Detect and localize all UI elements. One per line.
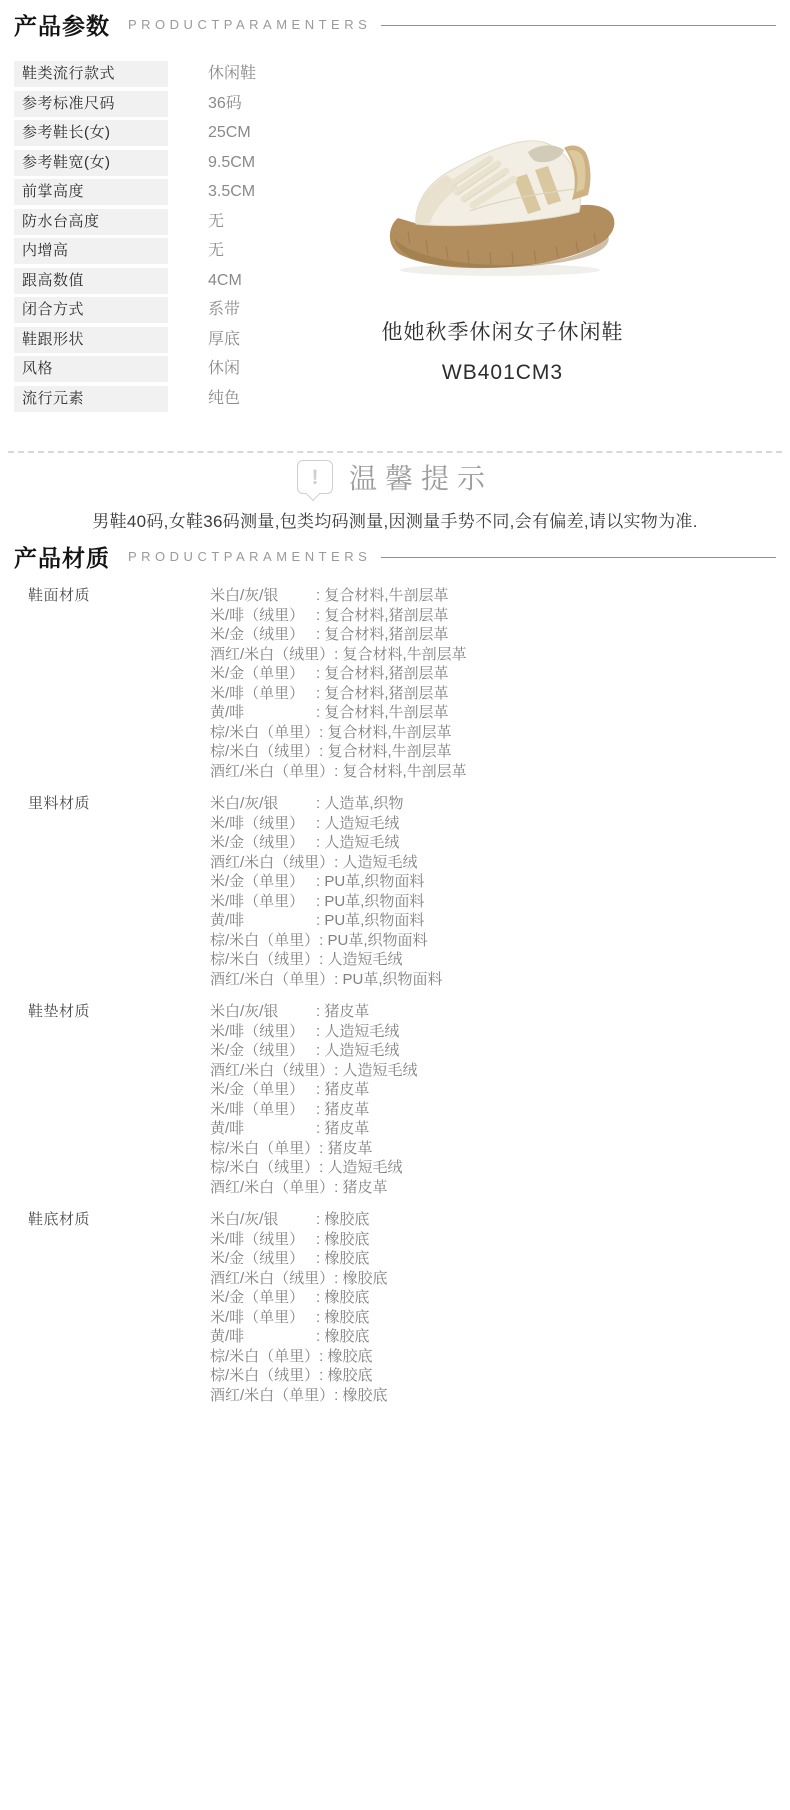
material-line: 棕/米白（单里） : PU革,织物面料 xyxy=(210,931,776,951)
material-line: 米/啡（绒里） : 复合材料,猪剖层革 xyxy=(210,606,776,626)
material-color-name: 棕/米白（绒里） xyxy=(210,1158,319,1178)
material-line: 棕/米白（单里） : 橡胶底 xyxy=(210,1347,776,1367)
param-value: 休闲鞋 xyxy=(208,61,256,87)
material-lines: 米白/灰/银 : 人造革,织物 米/啡（绒里） : 人造短毛绒 米/金（绒里） … xyxy=(210,794,776,989)
material-color-name: 米/金（单里） xyxy=(210,1288,316,1308)
material-color-name: 米/啡（绒里） xyxy=(210,1022,316,1042)
param-label: 防水台高度 xyxy=(14,209,168,235)
material-value: : 复合材料,牛剖层革 xyxy=(316,586,449,606)
param-label: 参考鞋宽(女) xyxy=(14,150,168,176)
material-color-name: 酒红/米白（单里） xyxy=(210,970,334,990)
material-value: : 人造短毛绒 xyxy=(334,853,417,873)
material-line: 米/啡（单里） : 橡胶底 xyxy=(210,1308,776,1328)
material-color-name: 米/金（单里） xyxy=(210,1080,316,1100)
material-line: 酒红/米白（单里） : 猪皮革 xyxy=(210,1178,776,1198)
material-line: 米白/灰/银 : 橡胶底 xyxy=(210,1210,776,1230)
material-group-upper: 鞋面材质 米白/灰/银 : 复合材料,牛剖层革 米/啡（绒里） : 复合材料,猪… xyxy=(14,586,776,781)
material-color-name: 黄/啡 xyxy=(210,911,316,931)
material-value: : 橡胶底 xyxy=(316,1230,369,1250)
param-label: 风格 xyxy=(14,356,168,382)
header-rule-line xyxy=(381,25,776,26)
param-value: 9.5CM xyxy=(208,150,255,176)
material-value: : PU革,织物面料 xyxy=(316,911,424,931)
exclamation-glyph: ! xyxy=(311,467,318,488)
material-value: : 人造短毛绒 xyxy=(319,950,402,970)
material-color-name: 黄/啡 xyxy=(210,1327,316,1347)
material-value: : 复合材料,牛剖层革 xyxy=(319,723,452,743)
material-value: : PU革,织物面料 xyxy=(334,970,442,990)
material-line: 米/啡（单里） : PU革,织物面料 xyxy=(210,892,776,912)
material-value: : 橡胶底 xyxy=(334,1386,387,1406)
material-color-name: 米/啡（单里） xyxy=(210,892,316,912)
param-value: 4CM xyxy=(208,268,242,294)
material-color-name: 米/啡（绒里） xyxy=(210,606,316,626)
param-label: 参考鞋长(女) xyxy=(14,120,168,146)
material-line: 米/金（单里） : PU革,织物面料 xyxy=(210,872,776,892)
material-value: : 橡胶底 xyxy=(334,1269,387,1289)
material-value: : 人造革,织物 xyxy=(316,794,404,814)
material-group-label: 鞋底材质 xyxy=(14,1210,210,1405)
notice-section: ! 温馨提示 男鞋40码,女鞋36码测量,包类均码测量,因测量手势不同,会有偏差… xyxy=(0,456,790,532)
material-line: 黄/啡 : 橡胶底 xyxy=(210,1327,776,1347)
material-lines: 米白/灰/银 : 橡胶底 米/啡（绒里） : 橡胶底 米/金（绒里） : 橡胶底 xyxy=(210,1210,776,1405)
material-line: 棕/米白（绒里） : 橡胶底 xyxy=(210,1366,776,1386)
material-value: : 猪皮革 xyxy=(319,1139,372,1159)
params-section-subtitle: PRODUCTPARAMENTERS xyxy=(128,17,371,32)
material-line: 米/金（单里） : 橡胶底 xyxy=(210,1288,776,1308)
material-group-label: 里料材质 xyxy=(14,794,210,989)
param-row: 流行元素 纯色 xyxy=(14,386,394,412)
material-line: 米/啡（绒里） : 人造短毛绒 xyxy=(210,1022,776,1042)
material-color-name: 米/金（单里） xyxy=(210,664,316,684)
material-value: : 复合材料,猪剖层革 xyxy=(316,684,449,704)
params-section-header: 产品参数 PRODUCTPARAMENTERS xyxy=(14,8,776,41)
material-group-insole: 鞋垫材质 米白/灰/银 : 猪皮革 米/啡（绒里） : 人造短毛绒 米/金（绒里… xyxy=(14,1002,776,1197)
param-value: 无 xyxy=(208,209,224,235)
param-value: 纯色 xyxy=(208,386,240,412)
material-line: 米/啡（绒里） : 橡胶底 xyxy=(210,1230,776,1250)
material-value: : 猪皮革 xyxy=(334,1178,387,1198)
material-color-name: 米白/灰/银 xyxy=(210,1210,316,1230)
material-value: : 复合材料,牛剖层革 xyxy=(334,762,467,782)
material-value: : PU革,织物面料 xyxy=(316,872,424,892)
material-color-name: 酒红/米白（单里） xyxy=(210,762,334,782)
param-label: 流行元素 xyxy=(14,386,168,412)
material-line: 棕/米白（绒里） : 人造短毛绒 xyxy=(210,1158,776,1178)
material-color-name: 米/啡（绒里） xyxy=(210,814,316,834)
material-line: 棕/米白（单里） : 猪皮革 xyxy=(210,1139,776,1159)
material-line: 米/啡（单里） : 猪皮革 xyxy=(210,1100,776,1120)
material-line: 酒红/米白（绒里） : 复合材料,牛剖层革 xyxy=(210,645,776,665)
material-value: : 复合材料,猪剖层革 xyxy=(316,625,449,645)
material-value: : 人造短毛绒 xyxy=(316,833,399,853)
materials-section-title: 产品材质 xyxy=(14,540,110,573)
material-value: : 橡胶底 xyxy=(316,1288,369,1308)
param-label: 鞋类流行款式 xyxy=(14,61,168,87)
material-line: 米/金（绒里） : 橡胶底 xyxy=(210,1249,776,1269)
material-line: 米/金（单里） : 猪皮革 xyxy=(210,1080,776,1100)
material-line: 米/啡（绒里） : 人造短毛绒 xyxy=(210,814,776,834)
material-value: : 复合材料,牛剖层革 xyxy=(319,742,452,762)
material-color-name: 酒红/米白（绒里） xyxy=(210,645,334,665)
material-line: 米/金（单里） : 复合材料,猪剖层革 xyxy=(210,664,776,684)
param-value: 36码 xyxy=(208,91,242,117)
param-value: 25CM xyxy=(208,120,251,146)
material-line: 米白/灰/银 : 猪皮革 xyxy=(210,1002,776,1022)
material-color-name: 米白/灰/银 xyxy=(210,1002,316,1022)
material-line: 米白/灰/银 : 复合材料,牛剖层革 xyxy=(210,586,776,606)
material-value: : 复合材料,牛剖层革 xyxy=(316,703,449,723)
material-line: 黄/啡 : 复合材料,牛剖层革 xyxy=(210,703,776,723)
param-value: 休闲 xyxy=(208,356,240,382)
material-value: : 橡胶底 xyxy=(316,1327,369,1347)
material-line: 酒红/米白（绒里） : 橡胶底 xyxy=(210,1269,776,1289)
param-label: 参考标准尺码 xyxy=(14,91,168,117)
materials-section-header: 产品材质 PRODUCTPARAMENTERS xyxy=(14,540,776,573)
materials-section-subtitle: PRODUCTPARAMENTERS xyxy=(128,549,371,564)
material-color-name: 棕/米白（单里） xyxy=(210,931,319,951)
material-value: : 橡胶底 xyxy=(316,1308,369,1328)
material-value: : 人造短毛绒 xyxy=(319,1158,402,1178)
product-title: 他她秋季休闲女子休闲鞋 xyxy=(330,316,675,346)
material-value: : 猪皮革 xyxy=(316,1119,369,1139)
material-line: 酒红/米白（单里） : 橡胶底 xyxy=(210,1386,776,1406)
param-row: 鞋类流行款式 休闲鞋 xyxy=(14,61,394,87)
material-color-name: 米/啡（单里） xyxy=(210,1308,316,1328)
header-rule-line xyxy=(381,557,776,558)
material-value: : PU革,织物面料 xyxy=(319,931,427,951)
material-line: 米白/灰/银 : 人造革,织物 xyxy=(210,794,776,814)
material-line: 米/金（绒里） : 人造短毛绒 xyxy=(210,833,776,853)
material-value: : 复合材料,牛剖层革 xyxy=(334,645,467,665)
material-value: : 猪皮革 xyxy=(316,1100,369,1120)
materials-list: 鞋面材质 米白/灰/银 : 复合材料,牛剖层革 米/啡（绒里） : 复合材料,猪… xyxy=(14,586,776,1418)
material-color-name: 棕/米白（单里） xyxy=(210,1347,319,1367)
material-color-name: 米白/灰/银 xyxy=(210,794,316,814)
material-color-name: 棕/米白（单里） xyxy=(210,1139,319,1159)
material-value: : 猪皮革 xyxy=(316,1080,369,1100)
material-value: : 人造短毛绒 xyxy=(316,1022,399,1042)
notice-title: 温馨提示 xyxy=(349,457,493,497)
material-color-name: 黄/啡 xyxy=(210,1119,316,1139)
material-group-lining: 里料材质 米白/灰/银 : 人造革,织物 米/啡（绒里） : 人造短毛绒 米/金… xyxy=(14,794,776,989)
material-value: : 人造短毛绒 xyxy=(316,814,399,834)
material-value: : 橡胶底 xyxy=(319,1347,372,1367)
material-value: : 橡胶底 xyxy=(319,1366,372,1386)
material-color-name: 酒红/米白（绒里） xyxy=(210,1269,334,1289)
material-value: : 橡胶底 xyxy=(316,1210,369,1230)
material-group-outsole: 鞋底材质 米白/灰/银 : 橡胶底 米/啡（绒里） : 橡胶底 米/金（绒里） xyxy=(14,1210,776,1405)
material-color-name: 米/金（绒里） xyxy=(210,1249,316,1269)
material-line: 米/金（绒里） : 复合材料,猪剖层革 xyxy=(210,625,776,645)
material-color-name: 酒红/米白（绒里） xyxy=(210,853,334,873)
material-color-name: 米/金（绒里） xyxy=(210,1041,316,1061)
material-color-name: 棕/米白（绒里） xyxy=(210,742,319,762)
material-color-name: 米/啡（绒里） xyxy=(210,1230,316,1250)
material-color-name: 棕/米白（绒里） xyxy=(210,1366,319,1386)
material-line: 酒红/米白（绒里） : 人造短毛绒 xyxy=(210,1061,776,1081)
material-color-name: 棕/米白（绒里） xyxy=(210,950,319,970)
material-color-name: 米白/灰/银 xyxy=(210,586,316,606)
material-color-name: 酒红/米白（单里） xyxy=(210,1386,334,1406)
material-value: : 橡胶底 xyxy=(316,1249,369,1269)
material-value: : 人造短毛绒 xyxy=(316,1041,399,1061)
product-shoe-image xyxy=(378,98,628,288)
material-line: 酒红/米白（单里） : 复合材料,牛剖层革 xyxy=(210,762,776,782)
dashed-divider xyxy=(8,451,782,453)
material-group-label: 鞋面材质 xyxy=(14,586,210,781)
material-line: 棕/米白（绒里） : 复合材料,牛剖层革 xyxy=(210,742,776,762)
material-value: : 人造短毛绒 xyxy=(334,1061,417,1081)
material-color-name: 米/金（绒里） xyxy=(210,833,316,853)
params-section-title: 产品参数 xyxy=(14,8,110,41)
material-color-name: 米/啡（单里） xyxy=(210,1100,316,1120)
material-group-label: 鞋垫材质 xyxy=(14,1002,210,1197)
notice-header: ! 温馨提示 xyxy=(0,456,790,498)
material-line: 黄/啡 : PU革,织物面料 xyxy=(210,911,776,931)
material-line: 黄/啡 : 猪皮革 xyxy=(210,1119,776,1139)
material-value: : PU革,织物面料 xyxy=(316,892,424,912)
material-lines: 米白/灰/银 : 猪皮革 米/啡（绒里） : 人造短毛绒 米/金（绒里） : 人… xyxy=(210,1002,776,1197)
material-line: 酒红/米白（绒里） : 人造短毛绒 xyxy=(210,853,776,873)
material-line: 棕/米白（绒里） : 人造短毛绒 xyxy=(210,950,776,970)
material-color-name: 酒红/米白（单里） xyxy=(210,1178,334,1198)
material-color-name: 黄/啡 xyxy=(210,703,316,723)
material-value: : 复合材料,猪剖层革 xyxy=(316,664,449,684)
material-color-name: 棕/米白（单里） xyxy=(210,723,319,743)
product-detail-page: 产品参数 PRODUCTPARAMENTERS 鞋类流行款式 休闲鞋 参考标准尺… xyxy=(0,0,790,1810)
exclamation-bubble-icon: ! xyxy=(297,460,333,494)
material-value: : 复合材料,猪剖层革 xyxy=(316,606,449,626)
param-value: 厚底 xyxy=(208,327,240,353)
material-line: 酒红/米白（单里） : PU革,织物面料 xyxy=(210,970,776,990)
product-panel: 他她秋季休闲女子休闲鞋 WB401CM3 xyxy=(330,98,675,385)
param-label: 跟高数值 xyxy=(14,268,168,294)
param-label: 鞋跟形状 xyxy=(14,327,168,353)
material-color-name: 米/金（单里） xyxy=(210,872,316,892)
material-color-name: 酒红/米白（绒里） xyxy=(210,1061,334,1081)
material-line: 棕/米白（单里） : 复合材料,牛剖层革 xyxy=(210,723,776,743)
param-value: 3.5CM xyxy=(208,179,255,205)
notice-text: 男鞋40码,女鞋36码测量,包类均码测量,因测量手势不同,会有偏差,请以实物为准… xyxy=(0,507,790,532)
product-model: WB401CM3 xyxy=(330,361,675,385)
material-lines: 米白/灰/银 : 复合材料,牛剖层革 米/啡（绒里） : 复合材料,猪剖层革 米… xyxy=(210,586,776,781)
material-color-name: 米/啡（单里） xyxy=(210,684,316,704)
material-color-name: 米/金（绒里） xyxy=(210,625,316,645)
param-label: 闭合方式 xyxy=(14,297,168,323)
material-value: : 猪皮革 xyxy=(316,1002,369,1022)
param-label: 前掌高度 xyxy=(14,179,168,205)
material-line: 米/金（绒里） : 人造短毛绒 xyxy=(210,1041,776,1061)
material-line: 米/啡（单里） : 复合材料,猪剖层革 xyxy=(210,684,776,704)
param-label: 内增高 xyxy=(14,238,168,264)
param-value: 系带 xyxy=(208,297,240,323)
param-value: 无 xyxy=(208,238,224,264)
bubble-tail xyxy=(306,487,320,501)
